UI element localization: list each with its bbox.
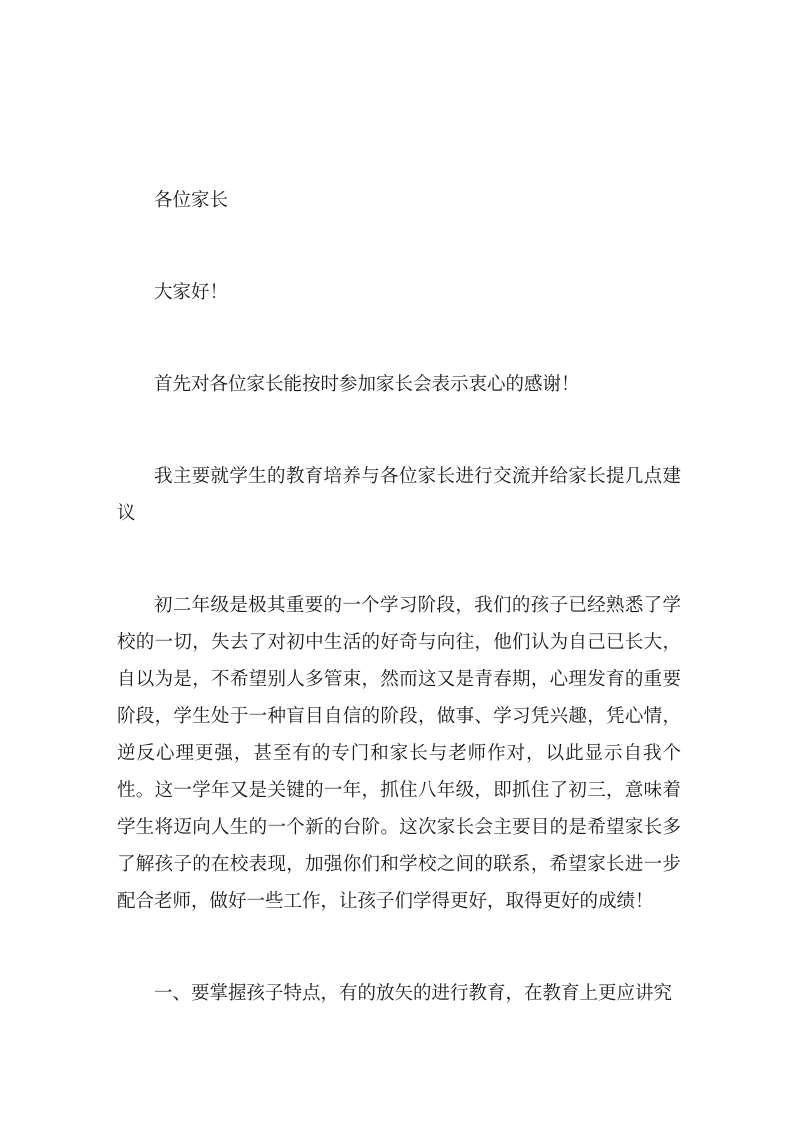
greeting: 大家好！ bbox=[117, 274, 681, 311]
body-paragraph: 初二年级是极其重要的一个学习阶段，我们的孩子已经熟悉了学校的一切，失去了对初中生… bbox=[117, 587, 681, 920]
salutation: 各位家长 bbox=[117, 182, 681, 219]
intro-paragraph: 我主要就学生的教育培养与各位家长进行交流并给家长提几点建议 bbox=[117, 458, 681, 532]
section-heading-1: 一、要掌握孩子特点，有的放矢的进行教育，在教育上更应讲究 bbox=[117, 975, 681, 1012]
thanks-paragraph: 首先对各位家长能按时参加家长会表示衷心的感谢！ bbox=[117, 366, 681, 403]
document-page: 各位家长 大家好！ 首先对各位家长能按时参加家长会表示衷心的感谢！ 我主要就学生… bbox=[117, 182, 681, 1012]
